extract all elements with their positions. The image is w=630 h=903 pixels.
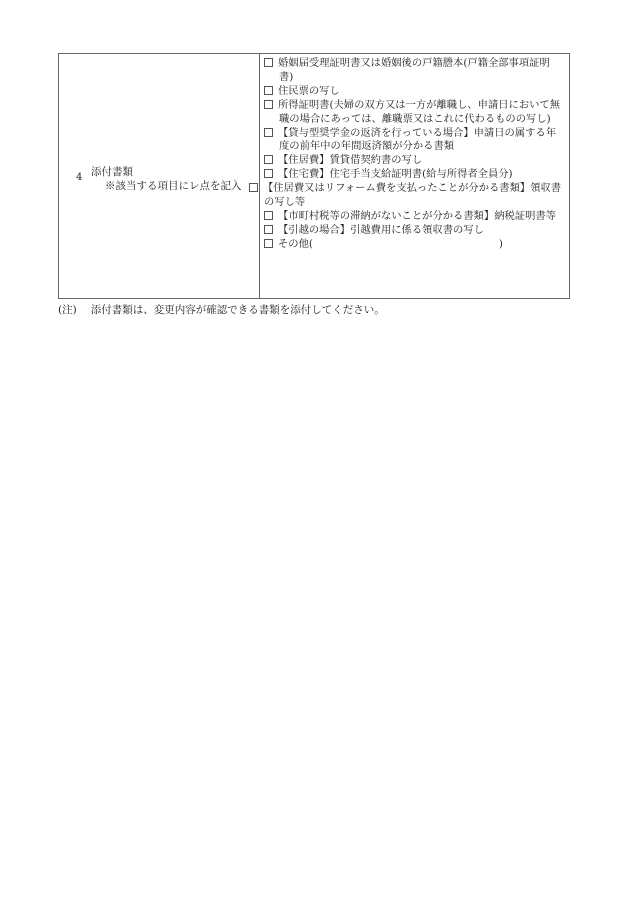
checkbox[interactable] [264, 128, 273, 137]
checkbox[interactable] [264, 86, 273, 95]
checklist-item-label: 【住宅費】住宅手当支給証明書(給与所得者全員分) [278, 168, 513, 180]
checkbox[interactable] [264, 155, 273, 164]
checklist-item-label: 【市町村税等の滞納がないことが分かる書類】納税証明書等 [278, 210, 556, 222]
footnote: (注)添付書類は、変更内容が確認できる書類を添付してください。 [58, 302, 385, 317]
checklist-item-label: 住民票の写し [278, 85, 340, 97]
checklist-item-label: 【住居費又はリフォーム費を支払ったことが分かる書類】領収書の写し等 [263, 182, 561, 208]
checklist-item[interactable]: 所得証明書(夫婦の双方又は一方が離職し、申請日において無職の場合にあっては、離職… [264, 99, 564, 127]
checklist-item[interactable]: 【市町村税等の滞納がないことが分かる書類】納税証明書等 [264, 210, 564, 224]
row-title: 添付書類 [91, 164, 133, 179]
checkbox[interactable] [264, 211, 273, 220]
row-label-cell: 4 添付書類 ※該当する項目にレ点を記入 [59, 54, 259, 298]
checkbox[interactable] [249, 183, 258, 192]
column-divider [259, 54, 260, 298]
checkbox[interactable] [264, 100, 273, 109]
checklist-item[interactable]: 【引越の場合】引越費用に係る領収書の写し [264, 224, 564, 238]
checklist-item-other[interactable]: その他() [264, 238, 564, 252]
checklist-item[interactable]: 【住宅費】住宅手当支給証明書(給与所得者全員分) [264, 168, 564, 182]
checklist-item-label: 【引越の場合】引越費用に係る領収書の写し [278, 224, 484, 236]
checklist-item-label: 【住居費】賃貸借契約書の写し [278, 154, 422, 166]
footnote-prefix: (注) [58, 304, 77, 316]
checklist-item[interactable]: 【住居費又はリフォーム費を支払ったことが分かる書類】領収書の写し等 [264, 182, 564, 210]
footnote-text: 添付書類は、変更内容が確認できる書類を添付してください。 [91, 304, 385, 316]
checklist-item-label: その他( [278, 238, 313, 250]
checkbox[interactable] [264, 58, 273, 67]
row-number: 4 [76, 172, 82, 183]
checkbox[interactable] [264, 239, 273, 248]
checklist-item[interactable]: 【住居費】賃貸借契約書の写し [264, 154, 564, 168]
checklist-item[interactable]: 住民票の写し [264, 85, 564, 99]
other-field-close[interactable]: ) [313, 238, 503, 252]
checklist-item-label: 婚姻届受理証明書又は婚姻後の戸籍謄本(戸籍全部事項証明書) [278, 57, 550, 83]
attachments-table: 4 添付書類 ※該当する項目にレ点を記入 婚姻届受理証明書又は婚姻後の戸籍謄本(… [58, 53, 570, 299]
checkbox[interactable] [264, 169, 273, 178]
checkbox[interactable] [264, 225, 273, 234]
checklist: 婚姻届受理証明書又は婚姻後の戸籍謄本(戸籍全部事項証明書) 住民票の写し 所得証… [264, 57, 564, 252]
row-instruction: ※該当する項目にレ点を記入 [105, 178, 242, 193]
checklist-item[interactable]: 【貸与型奨学金の返済を行っている場合】申請日の属する年度の前年中の年間返済額が分… [264, 127, 564, 155]
checklist-item-label: 所得証明書(夫婦の双方又は一方が離職し、申請日において無職の場合にあっては、離職… [278, 99, 560, 125]
checklist-item-label: 【貸与型奨学金の返済を行っている場合】申請日の属する年度の前年中の年間返済額が分… [278, 127, 556, 153]
checklist-item[interactable]: 婚姻届受理証明書又は婚姻後の戸籍謄本(戸籍全部事項証明書) [264, 57, 564, 85]
